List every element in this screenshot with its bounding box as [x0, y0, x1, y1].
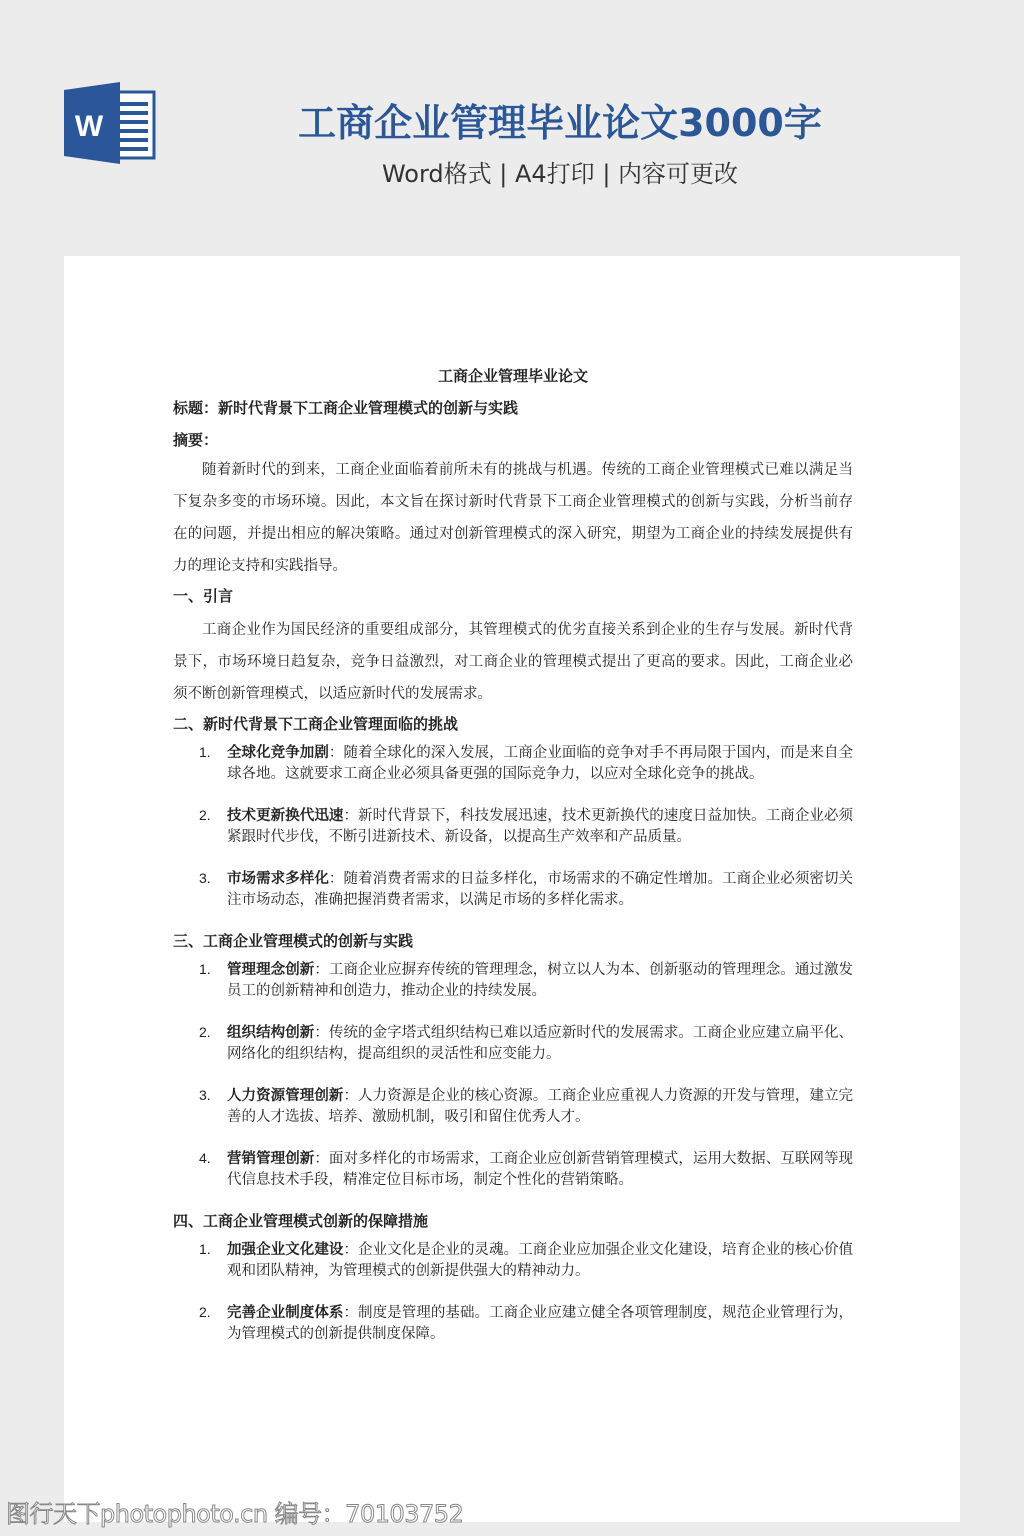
intro-paragraph: 工商企业作为国民经济的重要组成部分，其管理模式的优劣直接关系到企业的生存与发展。… [173, 614, 853, 710]
list-item: 2.完善企业制度体系：制度是管理的基础。工商企业应建立健全各项管理制度，规范企业… [173, 1302, 853, 1345]
list-number: 1. [199, 959, 211, 980]
document-page: 工商企业管理毕业论文 标题：新时代背景下工商企业管理模式的创新与实践 摘要： 随… [64, 256, 960, 1522]
header-banner: W 工商企业管理毕业论文3000字 Word格式 | A4打印 | 内容可更改 [0, 0, 1024, 256]
challenges-list: 1.全球化竞争加剧：随着全球化的深入发展，工商企业面临的竞争对手不再局限于国内，… [173, 742, 853, 911]
page-title: 工商企业管理毕业论文3000字 [240, 92, 880, 147]
list-number: 1. [199, 1239, 211, 1260]
list-term: 技术更新换代迅速 [227, 807, 343, 824]
list-text: ：工商企业应摒弃传统的管理理念，树立以人为本、创新驱动的管理理念。通过激发员工的… [227, 962, 853, 999]
list-term: 市场需求多样化 [227, 870, 329, 887]
list-term: 营销管理创新 [227, 1150, 314, 1167]
document-subject: 标题：新时代背景下工商企业管理模式的创新与实践 [173, 398, 853, 418]
list-item: 2.组织结构创新：传统的金字塔式组织结构已难以适应新时代的发展需求。工商企业应建… [173, 1022, 853, 1065]
section-heading-innovation: 三、工商企业管理模式的创新与实践 [173, 931, 853, 951]
list-number: 1. [199, 742, 211, 763]
list-number: 2. [199, 805, 211, 826]
abstract-label: 摘要： [173, 430, 853, 450]
list-term: 加强企业文化建设 [227, 1241, 343, 1258]
watermark-text: 图行天下photophoto.cn 编号：70103752 [6, 1494, 463, 1529]
list-term: 组织结构创新 [227, 1024, 314, 1041]
section-heading-challenges: 二、新时代背景下工商企业管理面临的挑战 [173, 714, 853, 734]
word-icon: W [64, 82, 156, 164]
list-number: 3. [199, 1085, 211, 1106]
list-term: 人力资源管理创新 [227, 1087, 343, 1104]
document-body: 工商企业管理毕业论文 标题：新时代背景下工商企业管理模式的创新与实践 摘要： 随… [173, 366, 853, 1365]
section-heading-intro: 一、引言 [173, 586, 853, 606]
list-term: 全球化竞争加剧 [227, 744, 329, 761]
list-item: 3.人力资源管理创新：人力资源是企业的核心资源。工商企业应重视人力资源的开发与管… [173, 1085, 853, 1128]
list-item: 4.营销管理创新：面对多样化的市场需求，工商企业应创新营销管理模式，运用大数据、… [173, 1148, 853, 1191]
page-subtitle: Word格式 | A4打印 | 内容可更改 [260, 154, 860, 189]
list-item: 1.加强企业文化建设：企业文化是企业的灵魂。工商企业应加强企业文化建设，培育企业… [173, 1239, 853, 1282]
document-title: 工商企业管理毕业论文 [173, 366, 853, 386]
list-term: 管理理念创新 [227, 961, 314, 978]
section-heading-safeguards: 四、工商企业管理模式创新的保障措施 [173, 1211, 853, 1231]
list-text: ：面对多样化的市场需求，工商企业应创新营销管理模式，运用大数据、互联网等现代信息… [227, 1151, 853, 1188]
list-item: 1.全球化竞争加剧：随着全球化的深入发展，工商企业面临的竞争对手不再局限于国内，… [173, 742, 853, 785]
list-item: 1.管理理念创新：工商企业应摒弃传统的管理理念，树立以人为本、创新驱动的管理理念… [173, 959, 853, 1002]
list-number: 3. [199, 868, 211, 889]
svg-text:W: W [75, 110, 104, 143]
list-text: ：传统的金字塔式组织结构已难以适应新时代的发展需求。工商企业应建立扁平化、网络化… [227, 1025, 853, 1062]
list-number: 4. [199, 1148, 211, 1169]
list-term: 完善企业制度体系 [227, 1304, 343, 1321]
innovation-list: 1.管理理念创新：工商企业应摒弃传统的管理理念，树立以人为本、创新驱动的管理理念… [173, 959, 853, 1191]
list-item: 3.市场需求多样化：随着消费者需求的日益多样化，市场需求的不确定性增加。工商企业… [173, 868, 853, 911]
safeguards-list: 1.加强企业文化建设：企业文化是企业的灵魂。工商企业应加强企业文化建设，培育企业… [173, 1239, 853, 1345]
list-number: 2. [199, 1302, 211, 1323]
list-item: 2.技术更新换代迅速：新时代背景下，科技发展迅速，技术更新换代的速度日益加快。工… [173, 805, 853, 848]
list-number: 2. [199, 1022, 211, 1043]
abstract-paragraph: 随着新时代的到来，工商企业面临着前所未有的挑战与机遇。传统的工商企业管理模式已难… [173, 454, 853, 582]
